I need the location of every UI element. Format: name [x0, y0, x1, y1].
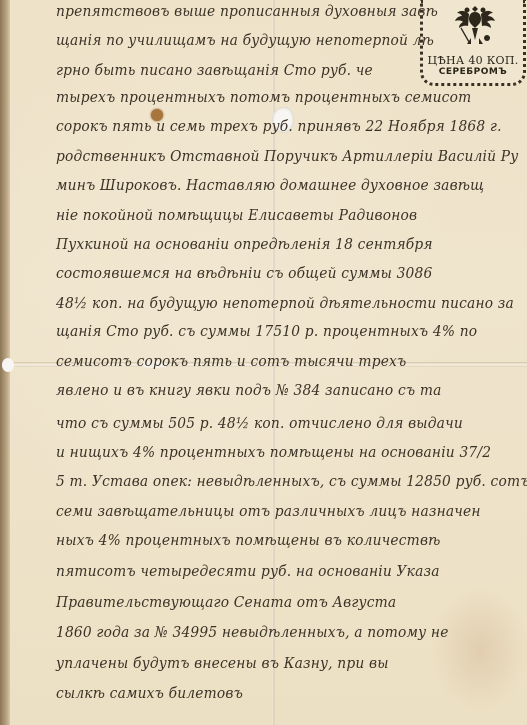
stamp-price: ЦѢНА 40 КОП. [427, 54, 518, 67]
text-line: тырехъ процентныхъ потомъ процентныхъ се… [56, 88, 471, 106]
text-line: 1860 года за № 34995 невыдѣленныхъ, а по… [56, 623, 449, 641]
text-line: состоявшемся на вѣдѣніи съ общей суммы 3… [56, 264, 432, 282]
text-line: минъ Широковъ. Наставляю домашнее духовн… [56, 176, 484, 194]
text-line: сылкѣ самихъ билетовъ [56, 684, 243, 702]
text-line: 48½ коп. на будущую непотерпой дѣятельно… [56, 294, 514, 312]
text-line: Пухкиной на основаніи опредѣленія 18 сен… [56, 235, 433, 253]
text-line: и нищихъ 4% процентныхъ помѣщены на осно… [56, 443, 491, 461]
text-line: родственникъ Отставной Поручикъ Артиллер… [56, 147, 518, 165]
text-line: препятствовъ выше прописанныя духовныя з… [56, 2, 438, 20]
text-line: щанія Сто руб. съ суммы 17510 р. процент… [56, 322, 477, 340]
text-line: грно быть писано завѣщанія Сто руб. че [56, 61, 373, 79]
text-line: 5 т. Устава опек: невыдѣленныхъ, съ сумм… [56, 472, 527, 490]
text-line: Правительствующаго Сената отъ Августа [56, 593, 396, 611]
text-line: ныхъ 4% процентныхъ помѣщены въ количест… [56, 531, 441, 549]
text-line: пятисотъ четыредесяти руб. на основаніи … [56, 562, 440, 580]
text-line: ніе покойной помѣщицы Елисаветы Радивоно… [56, 206, 417, 224]
double-headed-eagle-icon [453, 2, 497, 50]
text-line: семисотъ сорокъ пять и сотъ тысячи трехъ [56, 352, 406, 370]
stamp-currency: СЕРЕБРОМЪ [439, 67, 508, 78]
text-line: сорокъ пять и семь трехъ руб. принявъ 22… [56, 117, 502, 135]
paper-hole-edge [2, 358, 14, 372]
text-line: семи завѣщательницы отъ различныхъ лицъ … [56, 502, 481, 520]
text-line: явлено и въ книгу явки подъ № 384 записа… [56, 381, 442, 399]
text-line: что съ суммы 505 р. 48½ коп. отчислено д… [56, 414, 463, 432]
text-line: уплачены будутъ внесены въ Казну, при вы [56, 654, 389, 672]
text-line: щанія по училищамъ на будущую непотерпой… [56, 31, 434, 49]
